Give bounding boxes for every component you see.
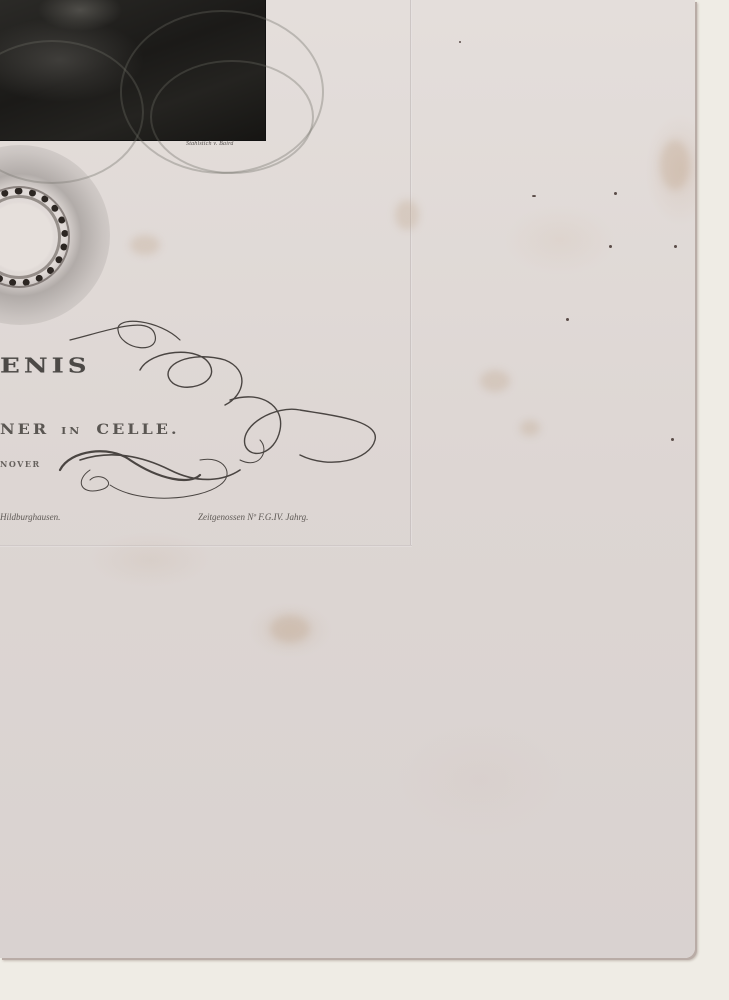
foxing-speck xyxy=(674,245,677,248)
foxing-speck xyxy=(459,41,461,43)
sitter-title-line: NERINCELLE. xyxy=(0,421,180,437)
title-word-fragment: NER xyxy=(0,421,49,437)
foxing-stain xyxy=(480,370,510,392)
foxing-stain xyxy=(660,140,690,190)
title-word-in: IN xyxy=(61,425,82,436)
series-imprint: Zeitgenossen Nº F.G.IV. Jahrg. xyxy=(198,512,308,522)
plate-mark-vertical xyxy=(410,0,412,545)
sitter-name-fragment: ENIS xyxy=(0,354,91,378)
foxing-speck xyxy=(671,438,674,441)
foxing-speck xyxy=(566,318,569,321)
foxing-stain xyxy=(270,615,310,643)
engraver-credit: Stahlstich v. Baird xyxy=(186,141,234,147)
calligraphic-flourish xyxy=(0,310,390,510)
foxing-stain xyxy=(520,420,540,436)
foxing-speck xyxy=(532,195,536,197)
title-word-place: CELLE. xyxy=(96,421,179,437)
paper-sheet: Stahlstich v. Baird ENIS NERINCELLE. NOV… xyxy=(0,0,695,958)
foxing-stain xyxy=(395,200,419,230)
foxing-speck xyxy=(609,245,612,248)
foxing-speck xyxy=(614,192,617,195)
foxing-stain xyxy=(130,235,160,255)
publisher-imprint: Hildburghausen. xyxy=(0,512,60,522)
place-line-fragment: NOVER xyxy=(0,459,41,469)
engraved-portrait xyxy=(0,0,266,141)
coat-fold-line xyxy=(150,60,314,174)
plate-mark-horizontal xyxy=(0,545,412,547)
photo-stage: Stahlstich v. Baird ENIS NERINCELLE. NOV… xyxy=(0,0,729,1000)
